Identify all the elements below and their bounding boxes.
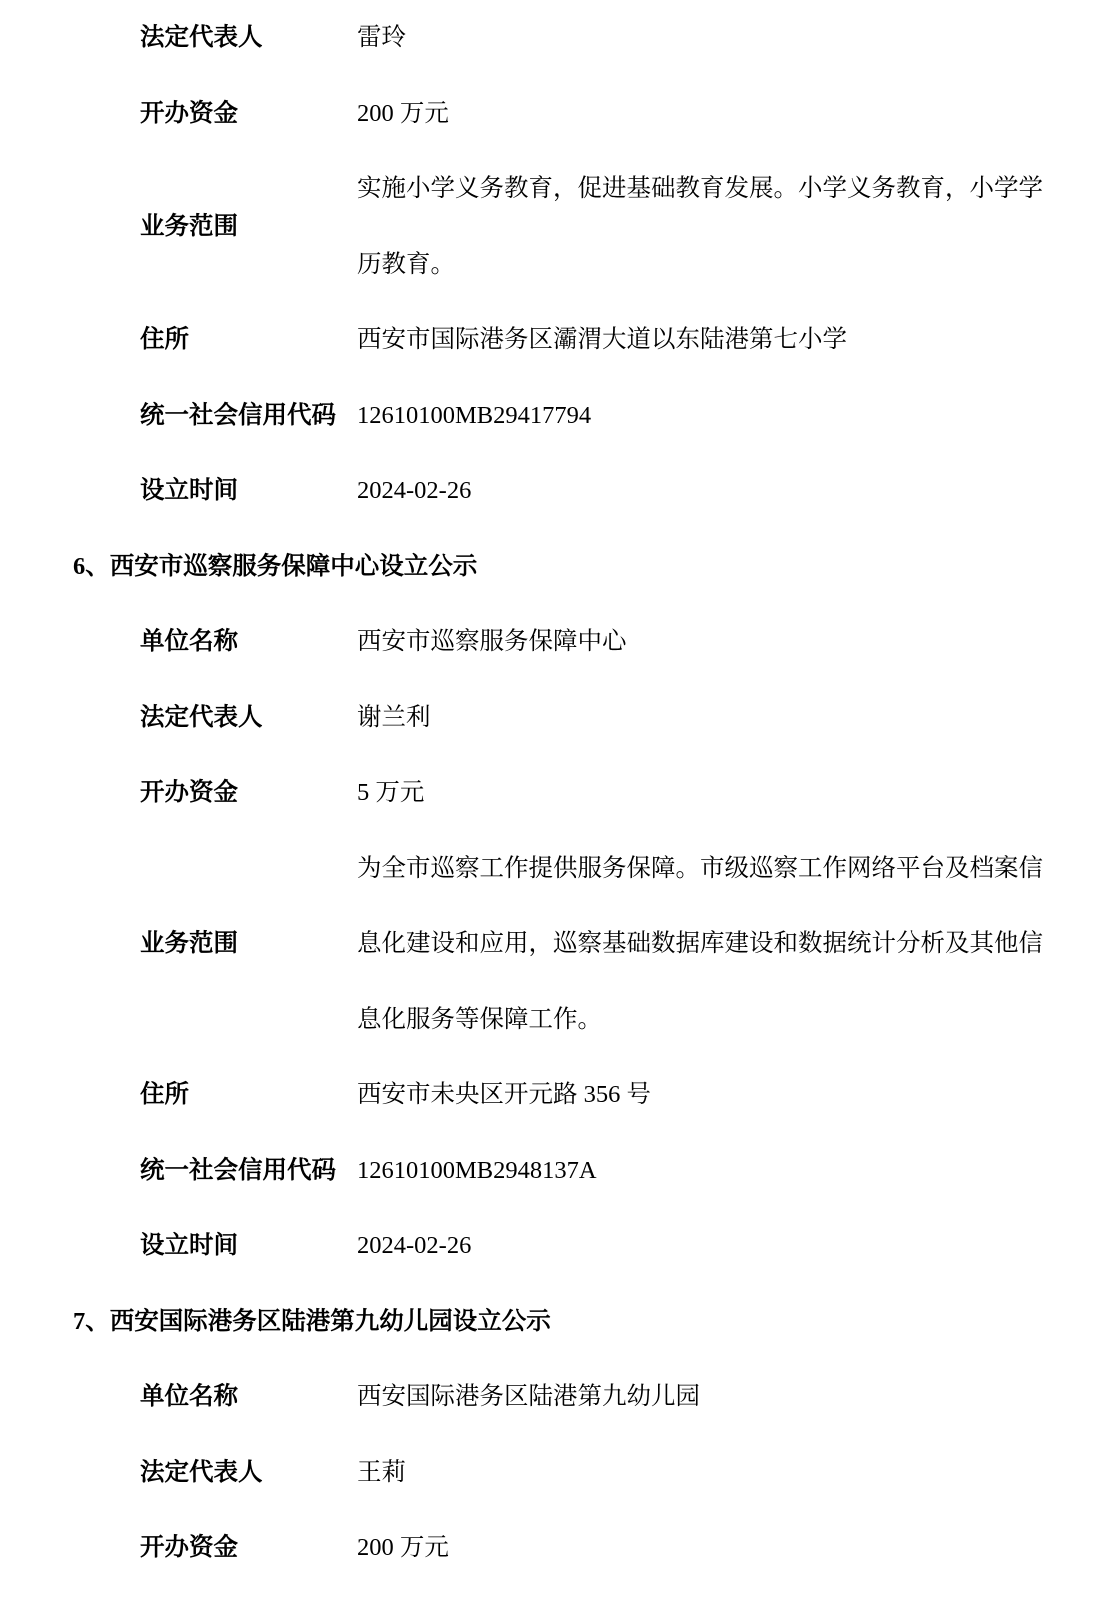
field-row: 开办资金 200 万元	[140, 1510, 1097, 1586]
field-row: 法定代表人 王莉	[140, 1435, 1097, 1511]
field-value: 为全市巡察工作提供服务保障。市级巡察工作网络平台及档案信 息化建设和应用，巡察基…	[357, 831, 1097, 1058]
field-value: 王莉	[357, 1435, 1097, 1511]
field-label: 住所	[140, 302, 357, 378]
section-announcement-5: 法定代表人 雷玲 开办资金 200 万元 业务范围 实施小学义务教育，促进基础教…	[0, 0, 1117, 529]
field-value: 西安市巡察服务保障中心	[357, 604, 1097, 680]
field-label: 法定代表人	[140, 0, 357, 76]
field-row: 住所 西安市未央区开元路 356 号	[140, 1057, 1097, 1133]
section-announcement-6: 6、西安市巡察服务保障中心设立公示 单位名称 西安市巡察服务保障中心 法定代表人…	[0, 529, 1117, 1284]
field-label: 法定代表人	[140, 680, 357, 756]
field-row: 业务范围 为全市巡察工作提供服务保障。市级巡察工作网络平台及档案信 息化建设和应…	[140, 831, 1097, 1058]
field-row: 法定代表人 谢兰利	[140, 680, 1097, 756]
field-value: 12610100MB2948137A	[357, 1133, 1097, 1209]
document-page: 法定代表人 雷玲 开办资金 200 万元 业务范围 实施小学义务教育，促进基础教…	[0, 0, 1117, 1600]
field-label: 设立时间	[140, 1208, 357, 1284]
field-label: 业务范围	[140, 906, 357, 982]
field-value: 5 万元	[357, 755, 1097, 831]
field-row: 统一社会信用代码 12610100MB29417794	[140, 378, 1097, 454]
field-label: 开办资金	[140, 755, 357, 831]
field-label: 统一社会信用代码	[140, 378, 357, 454]
field-value: 200 万元	[357, 1510, 1097, 1586]
field-row: 设立时间 2024-02-26	[140, 1208, 1097, 1284]
field-value: 谢兰利	[357, 680, 1097, 756]
field-value: 西安国际港务区陆港第九幼儿园	[357, 1359, 1097, 1435]
field-label: 统一社会信用代码	[140, 1133, 357, 1209]
field-row: 法定代表人 雷玲	[140, 0, 1097, 76]
field-label: 单位名称	[140, 1359, 357, 1435]
field-row: 住所 西安市国际港务区灞渭大道以东陆港第七小学	[140, 302, 1097, 378]
field-label: 开办资金	[140, 1510, 357, 1586]
field-row: 单位名称 西安市巡察服务保障中心	[140, 604, 1097, 680]
field-label: 设立时间	[140, 453, 357, 529]
field-row: 开办资金 5 万元	[140, 755, 1097, 831]
field-value: 200 万元	[357, 76, 1097, 152]
section-heading: 6、西安市巡察服务保障中心设立公示	[73, 529, 1097, 605]
field-value: 实施小学义务教育，促进基础教育发展。小学义务教育，小学学 历教育。	[357, 151, 1097, 302]
field-value: 西安市未央区开元路 356 号	[357, 1057, 1097, 1133]
field-row: 统一社会信用代码 12610100MB2948137A	[140, 1133, 1097, 1209]
field-value: 12610100MB29417794	[357, 378, 1097, 454]
field-value: 2024-02-26	[357, 1208, 1097, 1284]
section-announcement-7: 7、西安国际港务区陆港第九幼儿园设立公示 单位名称 西安国际港务区陆港第九幼儿园…	[0, 1284, 1117, 1586]
field-row: 设立时间 2024-02-26	[140, 453, 1097, 529]
field-label: 单位名称	[140, 604, 357, 680]
field-label: 法定代表人	[140, 1435, 357, 1511]
field-value: 西安市国际港务区灞渭大道以东陆港第七小学	[357, 302, 1097, 378]
field-label: 开办资金	[140, 76, 357, 152]
field-row: 单位名称 西安国际港务区陆港第九幼儿园	[140, 1359, 1097, 1435]
field-row: 开办资金 200 万元	[140, 76, 1097, 152]
field-label: 业务范围	[140, 189, 357, 265]
field-label: 住所	[140, 1057, 357, 1133]
field-value: 2024-02-26	[357, 453, 1097, 529]
field-value: 雷玲	[357, 0, 1097, 76]
section-heading: 7、西安国际港务区陆港第九幼儿园设立公示	[73, 1284, 1097, 1360]
field-row: 业务范围 实施小学义务教育，促进基础教育发展。小学义务教育，小学学 历教育。	[140, 151, 1097, 302]
